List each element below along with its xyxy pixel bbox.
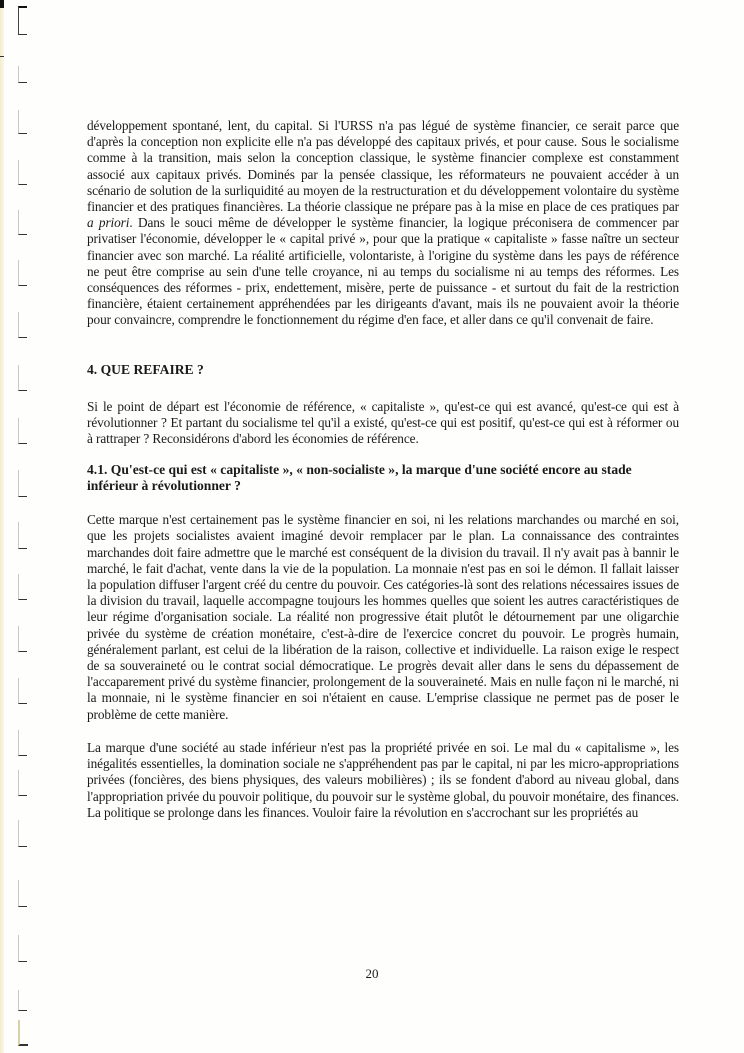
binding-mark: [18, 678, 27, 704]
page-number: 20: [0, 966, 744, 982]
section-heading: 4. QUE REFAIRE ?: [87, 362, 679, 378]
binding-mark: [18, 990, 27, 1011]
binding-mark: [18, 260, 27, 286]
binding-mark: [18, 365, 27, 391]
binding-mark: [18, 66, 27, 83]
section-intro-paragraph: Si le point de départ est l'économie de …: [87, 399, 679, 448]
document-page: développement spontané, lent, du capital…: [87, 118, 679, 821]
binding-mark: [18, 626, 27, 652]
binding-mark: [18, 6, 27, 35]
paragraph-text: . Dans le souci même de développer le sy…: [87, 215, 679, 327]
subsection-heading: 4.1. Qu'est-ce qui est « capitaliste », …: [87, 462, 679, 493]
binding-mark: [18, 730, 27, 756]
binding-mark: [18, 770, 27, 796]
binding-mark: [18, 935, 27, 962]
binding-mark: [18, 574, 27, 600]
binding-mark: [18, 820, 27, 847]
italic-term: a priori: [87, 215, 129, 230]
binding-mark: [18, 210, 27, 235]
binding-mark: [18, 522, 27, 549]
binding-hole-marks: [0, 0, 40, 1053]
body-paragraph: La marque d'une société au stade inférie…: [87, 740, 679, 821]
binding-mark: [18, 110, 27, 134]
paragraph-continuation: développement spontané, lent, du capital…: [87, 118, 679, 329]
binding-mark: [18, 470, 27, 497]
body-paragraph: Cette marque n'est certainement pas le s…: [87, 512, 679, 723]
binding-mark: [18, 1020, 28, 1046]
binding-mark: [18, 312, 27, 338]
binding-mark: [18, 418, 27, 444]
binding-dash: [0, 56, 4, 57]
binding-mark: [18, 880, 27, 907]
paragraph-text: développement spontané, lent, du capital…: [87, 118, 679, 214]
binding-mark: [18, 160, 27, 185]
